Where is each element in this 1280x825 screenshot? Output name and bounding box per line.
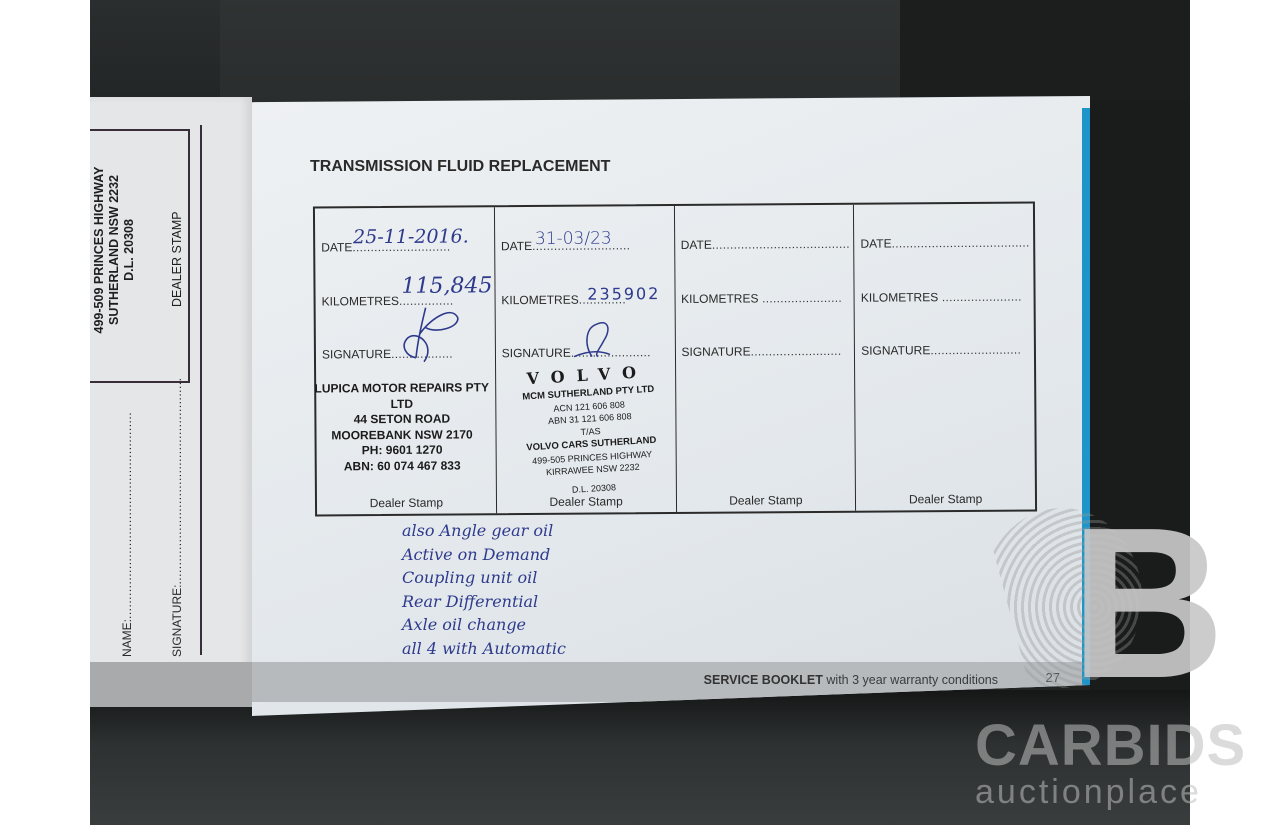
name-field: NAME:...................................… bbox=[120, 412, 134, 657]
service-entry: DATE........................... 25-11-20… bbox=[315, 207, 497, 514]
date-label: DATE bbox=[321, 240, 352, 254]
signature-field: SIGNATURE......................... bbox=[861, 343, 1021, 358]
signature-label: SIGNATURE bbox=[322, 347, 391, 361]
date-field: DATE....................................… bbox=[860, 236, 1029, 251]
signature-label: SIGNATURE: bbox=[170, 585, 184, 657]
address-line: SUTHERLAND NSW 2232 bbox=[107, 155, 122, 345]
note-line: Rear Differential bbox=[402, 590, 566, 614]
handwritten-kilometres: 115,845 bbox=[401, 273, 492, 299]
dotted-line: ........................................… bbox=[120, 412, 134, 619]
note-line: Active on Demand bbox=[402, 543, 566, 567]
service-entry: DATE....................................… bbox=[674, 205, 856, 512]
address-line: D.L. 20308 bbox=[122, 155, 137, 345]
page-title: TRANSMISSION FLUID REPLACEMENT bbox=[310, 158, 610, 176]
dealer-stamp-volvo: VOLVO MCM SUTHERLAND PTY LTD ACN 121 606… bbox=[507, 360, 674, 499]
service-entry: DATE....................................… bbox=[854, 203, 1035, 510]
service-record-grid: DATE........................... 25-11-20… bbox=[313, 201, 1037, 516]
kilometres-label: KILOMETRES bbox=[501, 293, 578, 308]
signature-label: SIGNATURE bbox=[861, 343, 930, 357]
divider bbox=[200, 125, 202, 655]
date-label: DATE bbox=[501, 239, 532, 253]
name-label: NAME: bbox=[120, 619, 134, 657]
photo: 499-509 PRINCES HIGHWAY SUTHERLAND NSW 2… bbox=[90, 0, 1190, 825]
date-field: DATE....................................… bbox=[681, 237, 850, 252]
left-stamp-address: 499-509 PRINCES HIGHWAY SUTHERLAND NSW 2… bbox=[92, 155, 137, 345]
handwritten-notes: also Angle gear oil Active on Demand Cou… bbox=[402, 519, 566, 660]
dealer-stamp-label: Dealer Stamp bbox=[676, 493, 855, 508]
kilometres-label: KILOMETRES bbox=[861, 290, 938, 305]
kilometres-label: KILOMETRES bbox=[322, 294, 399, 309]
dealer-stamp-label: Dealer Stamp bbox=[317, 495, 496, 510]
address-line: 499-509 PRINCES HIGHWAY bbox=[92, 155, 107, 345]
note-line: Coupling unit oil bbox=[402, 566, 566, 590]
left-page: 499-509 PRINCES HIGHWAY SUTHERLAND NSW 2… bbox=[90, 97, 252, 707]
watermark-brand: CARBIDS bbox=[975, 712, 1246, 779]
stamp-line: ABN: 60 074 467 833 bbox=[305, 458, 500, 475]
stamp-line: 44 SETON ROAD bbox=[304, 411, 499, 428]
signature-label: SIGNATURE bbox=[502, 346, 571, 360]
handwritten-kilometres: 235902 bbox=[587, 284, 660, 304]
signature-label: SIGNATURE bbox=[681, 344, 750, 358]
leather-seat-background bbox=[90, 0, 220, 110]
note-line: Axle oil change bbox=[402, 613, 566, 637]
dealer-stamp-label: DEALER STAMP bbox=[170, 211, 184, 307]
signature-field: SIGNATURE:..............................… bbox=[170, 378, 184, 658]
stamp-line: PH: 9601 1270 bbox=[305, 442, 500, 459]
signature-field: SIGNATURE......................... bbox=[681, 344, 841, 359]
leather-seat-background bbox=[900, 0, 1190, 100]
signature-scribble bbox=[396, 299, 466, 369]
dealer-stamp-label: Dealer Stamp bbox=[497, 494, 676, 509]
dealer-stamp-lupica: LUPICA MOTOR REPAIRS PTY LTD 44 SETON RO… bbox=[304, 380, 500, 474]
stamp-line: LUPICA MOTOR REPAIRS PTY LTD bbox=[304, 380, 499, 412]
watermark-tagline: auctionplace bbox=[975, 773, 1202, 812]
kilometres-field: KILOMETRES ...................... bbox=[861, 290, 1022, 305]
leather-seat-background bbox=[220, 0, 900, 105]
right-page: TRANSMISSION FLUID REPLACEMENT DATE.....… bbox=[252, 96, 1090, 716]
watermark-logo: B bbox=[1070, 495, 1225, 710]
note-line: also Angle gear oil bbox=[402, 519, 566, 543]
signature-scribble bbox=[573, 316, 621, 361]
stamp-line: MOOREBANK NSW 2170 bbox=[304, 427, 499, 444]
service-entry: DATE........................... 31-03/23… bbox=[495, 206, 677, 513]
dealer-stamp-label: Dealer Stamp bbox=[856, 491, 1035, 506]
note-line: all 4 with Automatic bbox=[402, 637, 566, 661]
dotted-line: ........................................… bbox=[170, 378, 184, 585]
booklet-suffix: with 3 year warranty conditions bbox=[826, 673, 998, 687]
date-label: DATE bbox=[681, 238, 712, 252]
handwritten-date: 25-11-2016. bbox=[353, 225, 469, 248]
left-footer-band bbox=[90, 662, 252, 707]
date-label: DATE bbox=[860, 236, 891, 250]
kilometres-label: KILOMETRES bbox=[681, 291, 758, 306]
handwritten-date: 31-03/23 bbox=[535, 228, 612, 249]
booklet-label: SERVICE BOOKLET bbox=[704, 673, 823, 687]
footer-text: SERVICE BOOKLET with 3 year warranty con… bbox=[704, 673, 998, 687]
kilometres-field: KILOMETRES ...................... bbox=[681, 291, 842, 306]
